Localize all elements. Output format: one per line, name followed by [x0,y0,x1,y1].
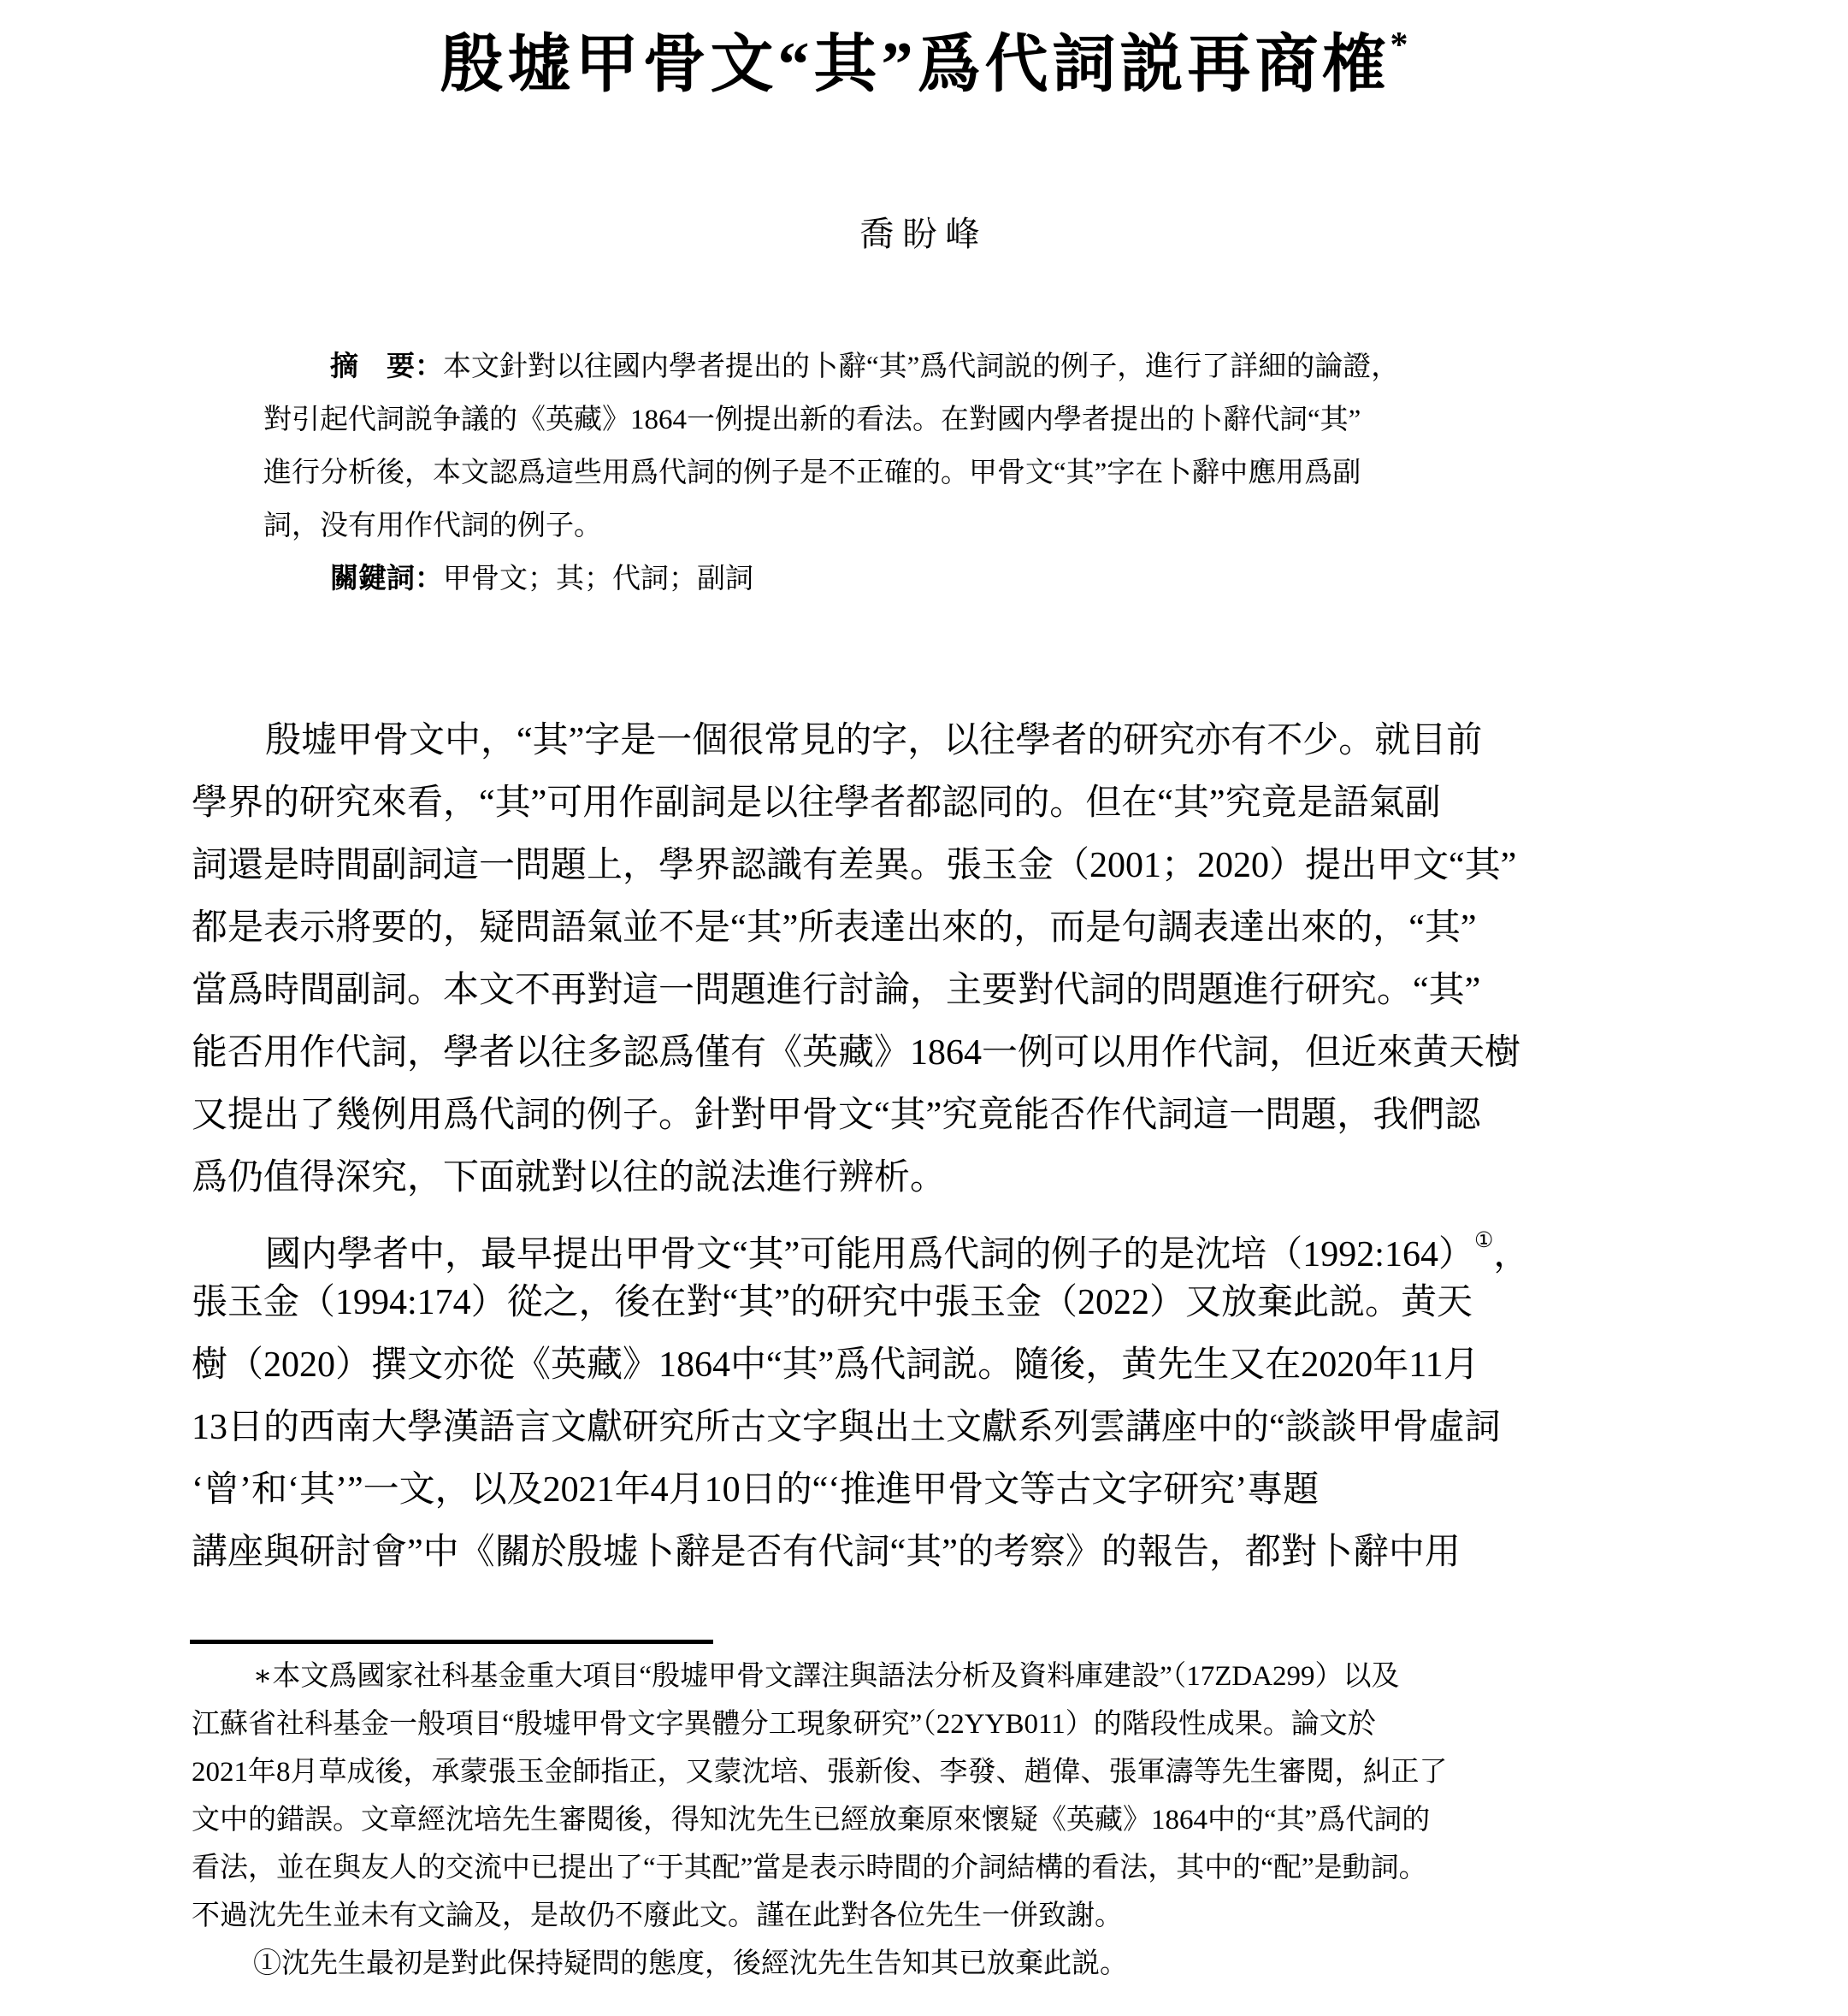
body-line: 又提出了幾例用爲代詞的例子。針對甲骨文“其”究竟能否作代詞這一問題，我們認 [192,1085,1671,1147]
keywords-text: 甲骨文；其；代詞；副詞 [443,564,753,594]
body-line-text: ， [1493,1235,1529,1274]
footnote-line: 不過沈先生並未有文論及，是故仍不廢此文。謹在此對各位先生一併致謝。 [192,1892,1684,1940]
paper-title: 殷墟甲骨文“其”爲代詞説再商榷* [0,14,1848,104]
body-line: 張玉金（1994:174）從之，後在對“其”的研究中張玉金（2022）又放棄此説… [192,1272,1671,1334]
body-line: ‘曾’和‘其’”一文，以及2021年4月10日的“‘推進甲骨文等古文字研究’專題 [192,1459,1671,1522]
abstract-label: 摘 要： [330,352,443,382]
footnote-separator-rule [190,1640,713,1644]
body-paragraph-1: 殷墟甲骨文中，“其”字是一個很常見的字，以往學者的研究亦有不少。就目前 學界的研… [192,710,1671,1209]
footnotes-block: ∗本文爲國家社科基金重大項目“殷墟甲骨文譯注與語法分析及資料庫建設”（17ZDA… [192,1652,1684,1988]
footnote-line-circled: ①沈先生最初是對此保持疑問的態度，後經沈先生告知其已放棄此説。 [192,1940,1684,1988]
body-line: 當爲時間副詞。本文不再對這一問題進行討論，主要對代詞的問題進行研究。“其” [192,960,1671,1022]
footnote-line: 江蘇省社科基金一般項目“殷墟甲骨文字異體分工現象研究”（22YYB011）的階段… [192,1700,1684,1748]
body-line: 詞還是時間副詞這一問題上，學界認識有差異。張玉金（2001；2020）提出甲文“… [192,835,1671,897]
paper-page: 殷墟甲骨文“其”爲代詞説再商榷* 喬盼峰 摘 要：本文針對以往國内學者提出的卜辭… [0,0,1848,2016]
footnote-line: 看法，並在與友人的交流中已提出了“于其配”當是表示時間的介詞結構的看法，其中的“… [192,1844,1684,1892]
body-line: 13日的西南大學漢語言文獻研究所古文字與出土文獻系列雲講座中的“談談甲骨虛詞 [192,1397,1671,1459]
body-line-text: 國内學者中，最早提出甲骨文“其”可能用爲代詞的例子的是沈培（1992:164） [265,1235,1474,1274]
body-line: 殷墟甲骨文中，“其”字是一個很常見的字，以往學者的研究亦有不少。就目前 [192,710,1671,772]
abstract-line: 詞，没有用作代詞的例子。 [263,500,1591,553]
body-paragraph-2: 國内學者中，最早提出甲骨文“其”可能用爲代詞的例子的是沈培（1992:164）①… [192,1209,1671,1584]
keywords-line: 關鍵詞：甲骨文；其；代詞；副詞 [263,553,1591,606]
abstract-line: 進行分析後，本文認爲這些用爲代詞的例子是不正確的。甲骨文“其”字在卜辭中應用爲副 [263,446,1591,500]
footnote-line: 2021年8月草成後，承蒙張玉金師指正，又蒙沈培、張新俊、李發、趙偉、張軍濤等先… [192,1748,1684,1796]
footnote-line: ∗本文爲國家社科基金重大項目“殷墟甲骨文譯注與語法分析及資料庫建設”（17ZDA… [192,1652,1684,1700]
body-line: 樹（2020）撰文亦從《英藏》1864中“其”爲代詞説。隨後，黄先生又在2020… [192,1334,1671,1397]
title-footnote-mark: * [1390,26,1408,65]
footnote-reference-1: ① [1474,1229,1493,1252]
paper-title-text: 殷墟甲骨文“其”爲代詞説再商榷 [440,30,1390,100]
body-line: 講座與研討會”中《關於殷墟卜辭是否有代詞“其”的考察》的報告，都對卜辭中用 [192,1522,1671,1584]
abstract-line: 對引起代詞説争議的《英藏》1864一例提出新的看法。在對國内學者提出的卜辭代詞“… [263,393,1591,446]
body-line: 爲仍值得深究，下面就對以往的説法進行辨析。 [192,1147,1671,1209]
body-line: 都是表示將要的，疑問語氣並不是“其”所表達出來的，而是句調表達出來的，“其” [192,897,1671,960]
footnote-line: 文中的錯誤。文章經沈培先生審閱後，得知沈先生已經放棄原來懷疑《英藏》1864中的… [192,1796,1684,1844]
body-line: 國内學者中，最早提出甲骨文“其”可能用爲代詞的例子的是沈培（1992:164）①… [192,1209,1671,1272]
author-name: 喬盼峰 [0,207,1848,256]
body-line: 學界的研究來看，“其”可用作副詞是以往學者都認同的。但在“其”究竟是語氣副 [192,772,1671,835]
abstract-text: 本文針對以往國内學者提出的卜辭“其”爲代詞説的例子，進行了詳細的論證， [443,352,1399,382]
abstract-block: 摘 要：本文針對以往國内學者提出的卜辭“其”爲代詞説的例子，進行了詳細的論證， … [263,340,1591,606]
main-text: 殷墟甲骨文中，“其”字是一個很常見的字，以往學者的研究亦有不少。就目前 學界的研… [192,710,1671,1584]
abstract-line: 摘 要：本文針對以往國内學者提出的卜辭“其”爲代詞説的例子，進行了詳細的論證， [263,340,1591,393]
keywords-label: 關鍵詞： [330,564,443,594]
body-line: 能否用作代詞，學者以往多認爲僅有《英藏》1864一例可以用作代詞，但近來黄天樹 [192,1022,1671,1085]
